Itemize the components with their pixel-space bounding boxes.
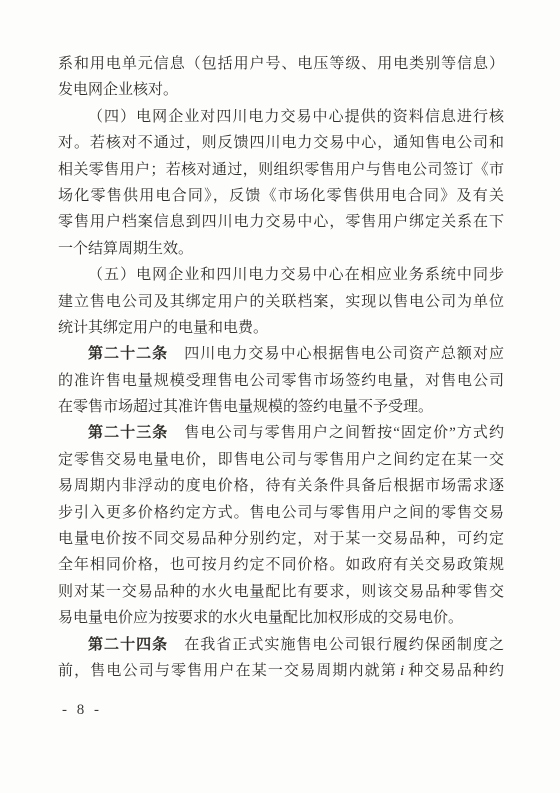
scanned-document-page: 系和用电单元信息（包括用户号、电压等级、用电类别等信息）发电网企业核对。（四）电… (0, 0, 560, 793)
text-line: 则对某一交易品种的水火电量配比有要求，则该交易品种零售交 (58, 579, 504, 605)
article-number: 第二十四条 (88, 637, 168, 653)
text-segment: 建立售电公司及其绑定用户的关联档案，实现以售电公司为单位 (58, 294, 504, 310)
text-segment: 的准许售电量规模受理售电公司零售市场签约电量，对售电公司 (58, 373, 504, 389)
article-number: 第二十三条 (88, 425, 168, 441)
text-segment: 零售用户档案信息到四川电力交易中心，零售用户绑定关系在下 (58, 214, 504, 230)
text-line: 易周期内非浮动的度电价格，待有关条件具备后根据市场需求逐 (58, 473, 504, 499)
page-number: - 8 - (62, 702, 102, 719)
text-segment: 全年相同价格，也可按月约定不同价格。如政府有关交易政策规 (58, 557, 504, 573)
math-variable: i (397, 663, 407, 679)
text-segment: 定零售交易电量电价，即售电公司与零售用户之间约定在某一交 (58, 452, 504, 468)
text-line: 前，售电公司与零售用户在某一交易周期内就第i种交易品种约 (58, 658, 504, 684)
text-segment: 一个结算周期生效。 (58, 241, 193, 257)
text-line: 易电量电价应为按要求的水火电量配比加权形成的交易电价。 (58, 605, 504, 631)
text-segment: （四）电网企业对四川电力交易中心提供的资料信息进行核 (88, 109, 504, 125)
text-line: 一个结算周期生效。 (58, 236, 504, 262)
text-segment: 易电量电价应为按要求的水火电量配比加权形成的交易电价。 (58, 610, 463, 626)
text-line: 第二十三条 售电公司与零售用户之间暂按“固定价”方式约 (58, 420, 504, 446)
text-segment: 在零售市场超过其准许售电量规模的签约电量不予受理。 (58, 399, 433, 415)
text-segment: 对。若核对不通过，则反馈四川电力交易中心，通知售电公司和 (58, 135, 504, 151)
document-body: 系和用电单元信息（包括用户号、电压等级、用电类别等信息）发电网企业核对。（四）电… (58, 51, 504, 684)
text-segment: 电量电价按不同交易品种分别约定，对于某一交易品种，可约定 (58, 531, 504, 547)
text-segment: （五）电网企业和四川电力交易中心在相应业务系统中同步 (88, 267, 504, 283)
text-segment: 相关零售用户；若核对通过，则组织零售用户与售电公司签订《市 (58, 162, 504, 178)
text-line: 步引入更多价格约定方式。售电公司与零售用户之间的零售交易 (58, 500, 504, 526)
text-segment: 售电公司与零售用户之间暂按“固定价”方式约 (168, 425, 504, 441)
text-line: 全年相同价格，也可按月约定不同价格。如政府有关交易政策规 (58, 552, 504, 578)
text-segment: 在我省正式实施售电公司银行履约保函制度之 (168, 637, 504, 653)
text-line: 发电网企业核对。 (58, 77, 504, 103)
text-line: 第二十二条 四川电力交易中心根据售电公司资产总额对应 (58, 341, 504, 367)
text-segment: 前，售电公司与零售用户在某一交易周期内就第 (58, 663, 397, 679)
text-line: 零售用户档案信息到四川电力交易中心，零售用户绑定关系在下 (58, 209, 504, 235)
text-line: 相关零售用户；若核对通过，则组织零售用户与售电公司签订《市 (58, 157, 504, 183)
text-line: 建立售电公司及其绑定用户的关联档案，实现以售电公司为单位 (58, 289, 504, 315)
article-number: 第二十二条 (88, 346, 168, 362)
text-line: 统计其绑定用户的电量和电费。 (58, 315, 504, 341)
text-line: （五）电网企业和四川电力交易中心在相应业务系统中同步 (58, 262, 504, 288)
text-line: 定零售交易电量电价，即售电公司与零售用户之间约定在某一交 (58, 447, 504, 473)
text-segment: 系和用电单元信息（包括用户号、电压等级、用电类别等信息） (58, 56, 504, 72)
text-line: 电量电价按不同交易品种分别约定，对于某一交易品种，可约定 (58, 526, 504, 552)
text-line: 的准许售电量规模受理售电公司零售市场签约电量，对售电公司 (58, 368, 504, 394)
text-segment: 步引入更多价格约定方式。售电公司与零售用户之间的零售交易 (58, 505, 504, 521)
text-line: 场化零售供用电合同》，反馈《市场化零售供用电合同》及有关 (58, 183, 504, 209)
text-segment: 四川电力交易中心根据售电公司资产总额对应 (168, 346, 504, 362)
text-line: 在零售市场超过其准许售电量规模的签约电量不予受理。 (58, 394, 504, 420)
text-line: 系和用电单元信息（包括用户号、电压等级、用电类别等信息） (58, 51, 504, 77)
text-line: 第二十四条 在我省正式实施售电公司银行履约保函制度之 (58, 632, 504, 658)
text-segment: 易周期内非浮动的度电价格，待有关条件具备后根据市场需求逐 (58, 478, 504, 494)
text-segment: 发电网企业核对。 (58, 82, 178, 98)
text-segment: 统计其绑定用户的电量和电费。 (58, 320, 268, 336)
text-line: （四）电网企业对四川电力交易中心提供的资料信息进行核 (58, 104, 504, 130)
text-line: 对。若核对不通过，则反馈四川电力交易中心，通知售电公司和 (58, 130, 504, 156)
text-segment: 则对某一交易品种的水火电量配比有要求，则该交易品种零售交 (58, 584, 504, 600)
text-segment: 场化零售供用电合同》，反馈《市场化零售供用电合同》及有关 (58, 188, 504, 204)
text-segment: 种交易品种约 (407, 663, 504, 679)
